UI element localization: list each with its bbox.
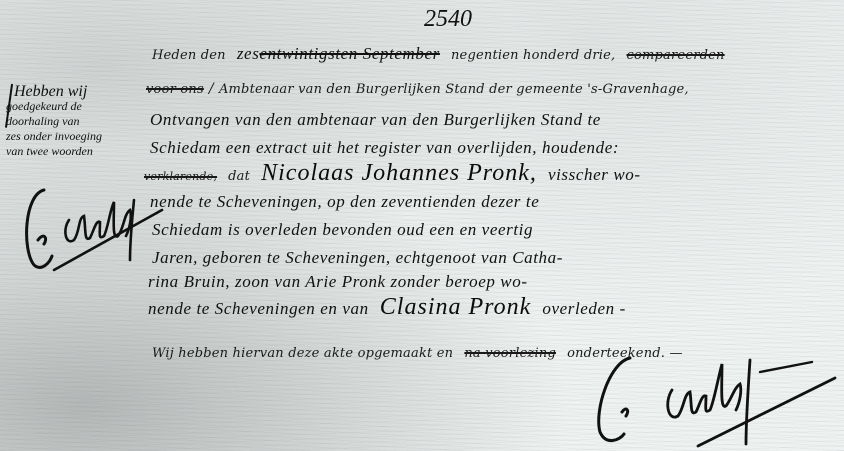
- body-line-7: Schiedam is overleden bevonden oud een e…: [152, 220, 533, 240]
- document-page: 2540 Hebben wij goedgekeurd de doorhalin…: [0, 0, 844, 451]
- deceased-name: Nicolaas Johannes Pronk,: [261, 160, 537, 186]
- margin-note-line: Hebben wij: [6, 84, 136, 99]
- margin-note-line: doorhaling van: [6, 114, 136, 129]
- handwritten-text: overleden -: [542, 299, 626, 318]
- printed-text: negentien honderd drie,: [451, 48, 615, 63]
- record-number: 2540: [424, 6, 472, 33]
- handwritten-text: zes: [237, 44, 260, 63]
- mother-name: Clasina Pronk: [380, 294, 531, 320]
- body-line-4: Schiedam een extract uit het register va…: [150, 138, 619, 158]
- struck-handwritten-text: entwintigsten September: [259, 44, 439, 63]
- struck-printed-text: compareerden: [627, 48, 725, 63]
- body-line-1: Heden den zesentwintigsten September neg…: [152, 44, 725, 64]
- printed-text: Heden den: [152, 48, 226, 63]
- printed-text: dat: [228, 169, 250, 184]
- struck-printed-text: voor ons: [146, 82, 204, 97]
- margin-note-line: goedgekeurd de: [6, 99, 136, 114]
- body-line-10: nende te Scheveningen en van Clasina Pro…: [148, 294, 626, 321]
- official-signature: [590, 350, 840, 450]
- handwritten-text: rina Bruin, zoon van Arie Pronk zonder b…: [148, 272, 528, 291]
- handwritten-text: nende te Scheveningen, op den zeventiend…: [150, 192, 539, 211]
- body-line-3: Ontvangen van den ambtenaar van den Burg…: [150, 110, 601, 130]
- margin-note-line: van twee woorden: [6, 144, 136, 159]
- margin-signature: [14, 180, 164, 275]
- margin-note: Hebben wij goedgekeurd de doorhaling van…: [6, 84, 136, 159]
- body-line-9: rina Bruin, zoon van Arie Pronk zonder b…: [148, 272, 528, 292]
- margin-note-line: zes onder invoeging: [6, 129, 136, 144]
- body-line-8: Jaren, geboren te Scheveningen, echtgeno…: [152, 248, 563, 268]
- printed-text: Ambtenaar van den Burgerlijken Stand der…: [219, 82, 689, 97]
- struck-printed-text: verklarende,: [144, 170, 217, 183]
- body-line-5: verklarende, dat Nicolaas Johannes Pronk…: [144, 160, 641, 187]
- handwritten-text: Schiedam is overleden bevonden oud een e…: [152, 220, 533, 239]
- struck-printed-text: na voorlezing: [464, 346, 556, 361]
- handwritten-text: Jaren, geboren te Scheveningen, echtgeno…: [152, 248, 563, 267]
- body-line-6: nende te Scheveningen, op den zeventiend…: [150, 192, 539, 212]
- handwritten-text: Ontvangen van den ambtenaar van den Burg…: [150, 110, 601, 129]
- printed-text: Wij hebben hiervan deze akte opgemaakt e…: [152, 346, 453, 361]
- body-line-2: voor ons / Ambtenaar van den Burgerlijke…: [146, 78, 689, 97]
- handwritten-text: nende te Scheveningen en van: [148, 299, 369, 318]
- handwritten-text: Schiedam een extract uit het register va…: [150, 138, 619, 157]
- handwritten-text: visscher wo-: [548, 165, 641, 184]
